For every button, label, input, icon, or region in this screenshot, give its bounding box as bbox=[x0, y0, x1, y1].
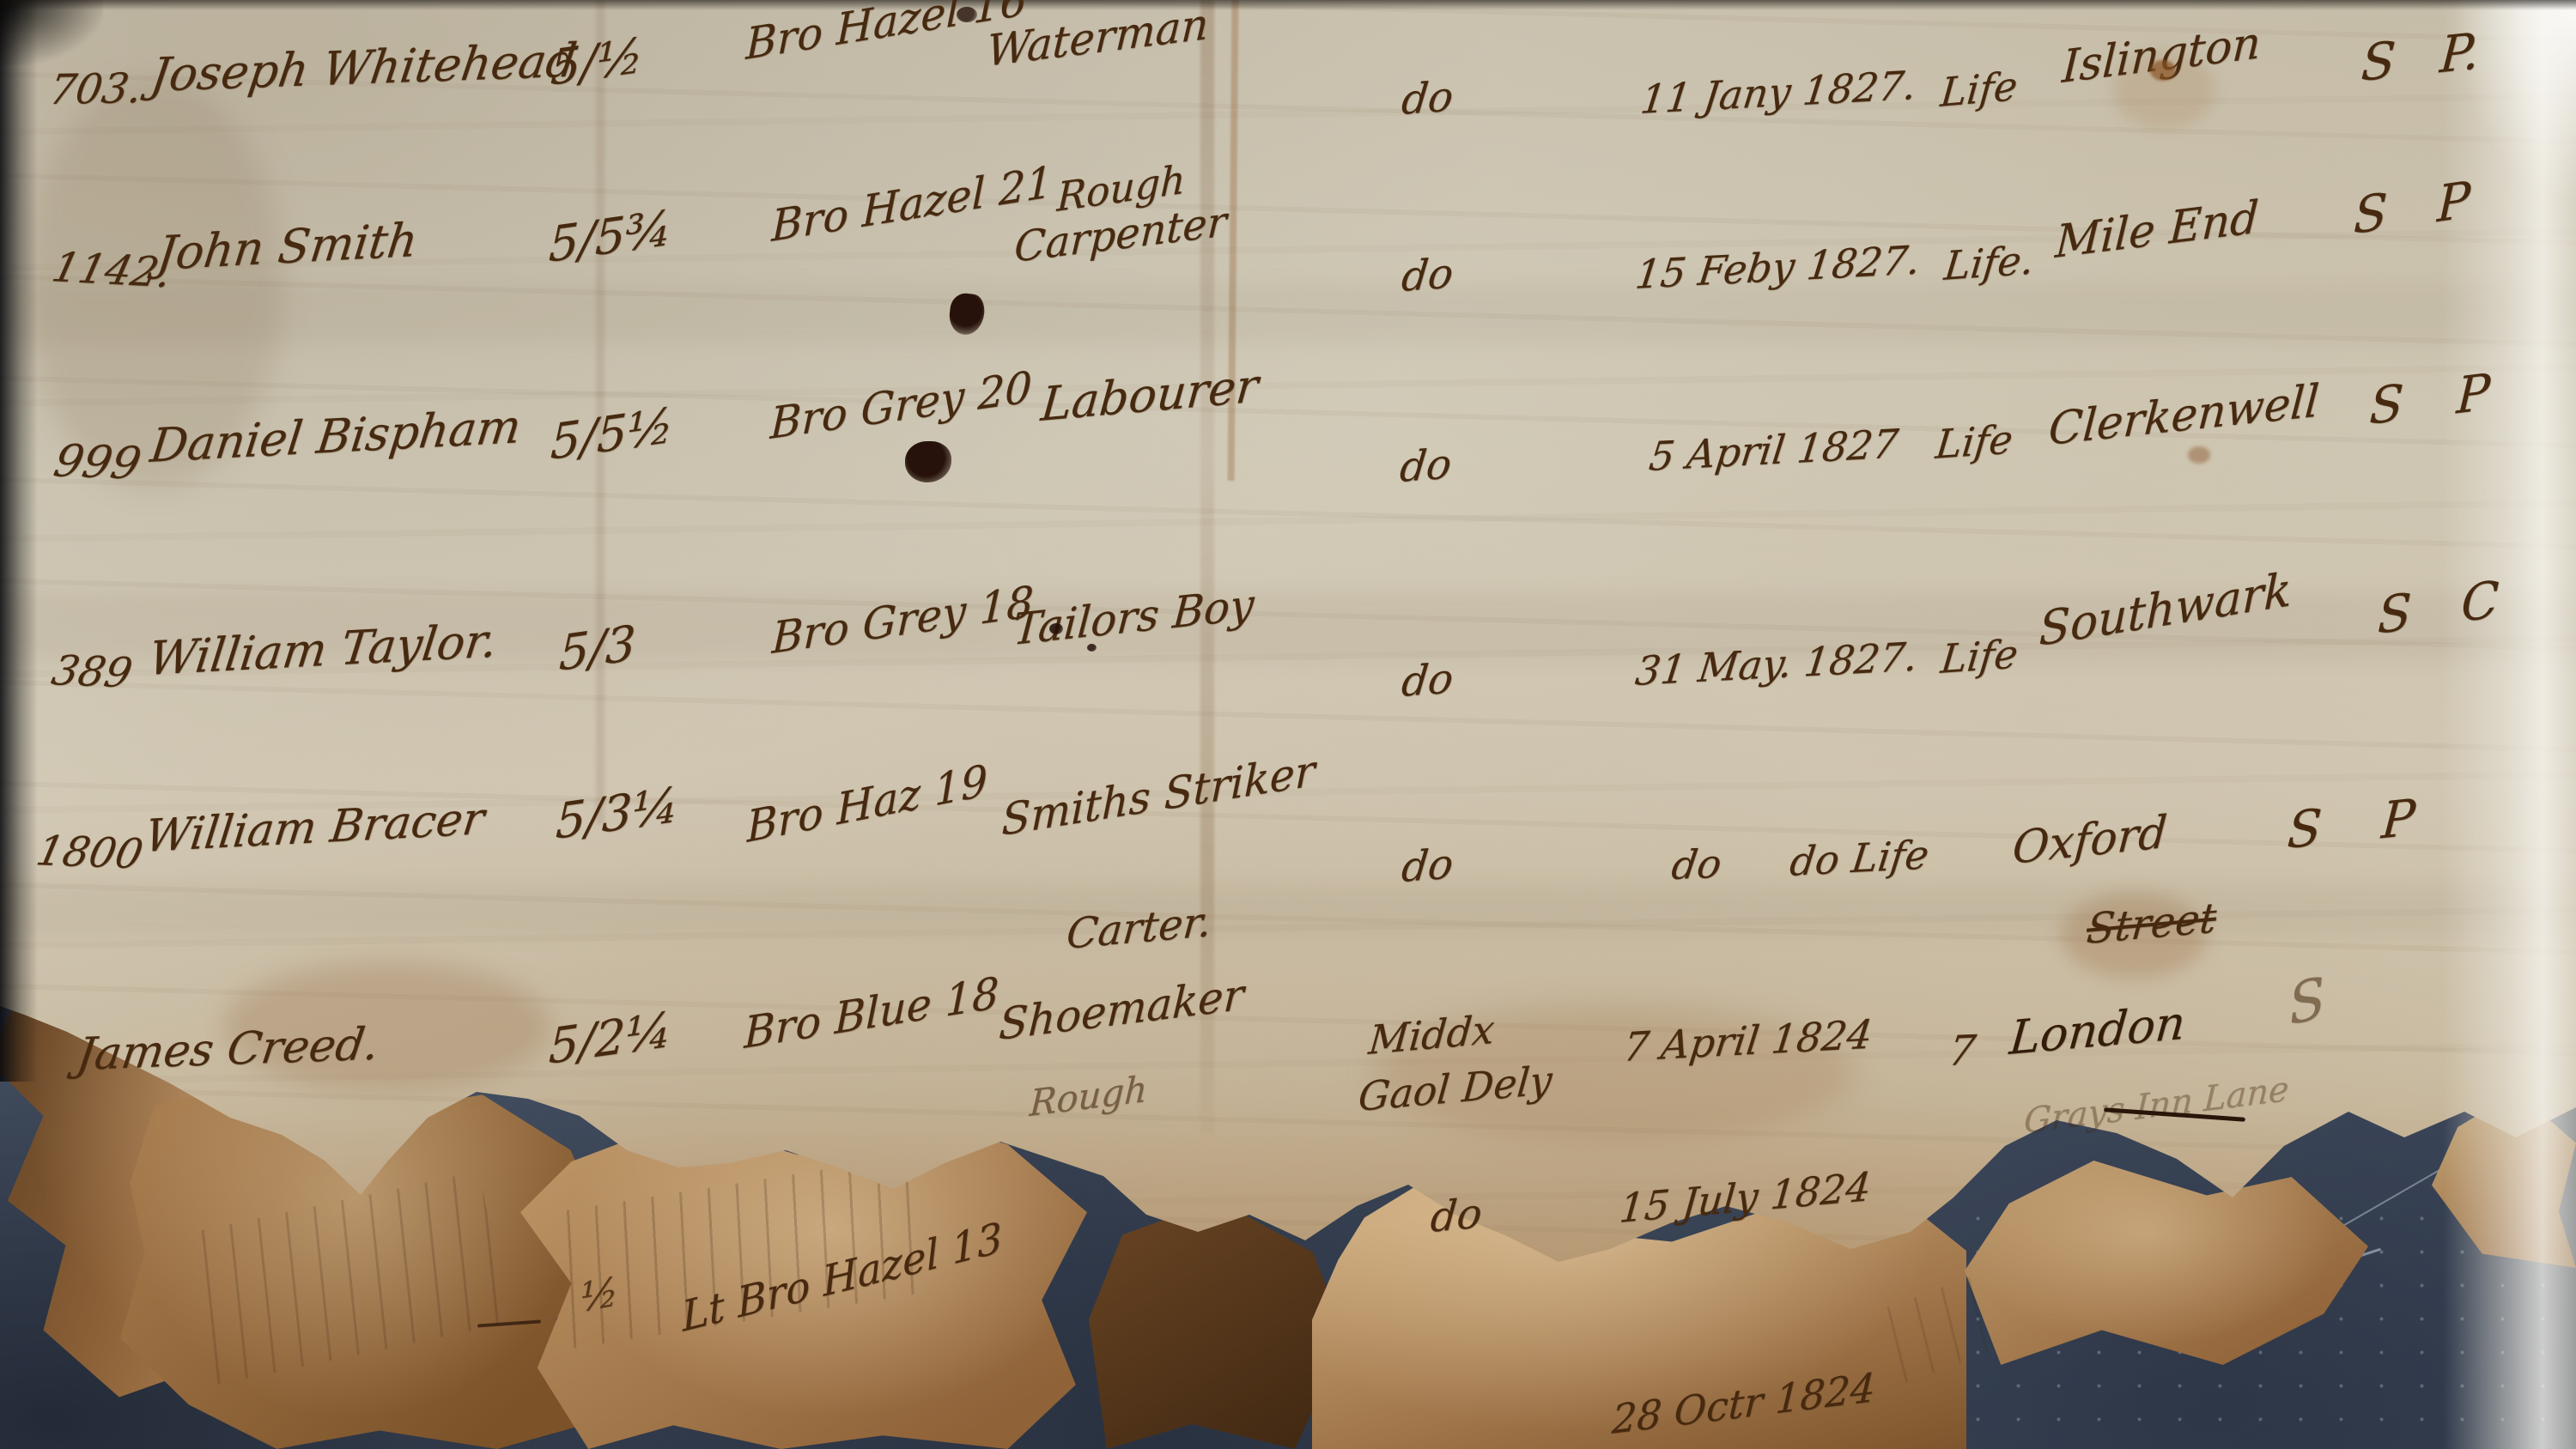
marks-entry-faint: S bbox=[2287, 969, 2327, 1037]
prisoner-number: 1800 bbox=[33, 829, 147, 876]
sentence-entry: Life bbox=[1939, 65, 2019, 114]
prisoner-number: 389 bbox=[48, 649, 136, 694]
prisoner-name: James Creed. bbox=[74, 1021, 382, 1078]
ink-speck bbox=[1049, 623, 1063, 634]
place-entry-struck: Street bbox=[2085, 896, 2218, 951]
tonal-band bbox=[0, 283, 2576, 343]
rust-spot bbox=[2188, 446, 2210, 464]
marks-entry: S P bbox=[2286, 791, 2417, 858]
sentence-entry: Life. bbox=[1942, 239, 2036, 287]
ink-speck bbox=[1087, 644, 1097, 652]
prisoner-number: 999 bbox=[50, 438, 145, 488]
marks-entry: S P. bbox=[2360, 25, 2481, 90]
height-entry: 5/½ bbox=[550, 31, 644, 95]
committed-entry: do bbox=[1400, 252, 1455, 299]
height-entry: 5/3 bbox=[558, 619, 636, 681]
binding-gutter-shadow bbox=[0, 0, 38, 1082]
committed-entry-line1: Middx bbox=[1367, 1009, 1496, 1062]
committed-entry: do bbox=[1400, 657, 1455, 704]
center-fold-crease bbox=[1200, 0, 1214, 1133]
date-entry: do bbox=[1669, 843, 1724, 887]
height-fragment: ½ bbox=[580, 1270, 618, 1319]
register-page-photo: 703. Joseph Whitehead 5/½ Bro Hazel 16 W… bbox=[0, 0, 2576, 1449]
committed-entry: do bbox=[1429, 1191, 1484, 1240]
rust-spot bbox=[2150, 60, 2176, 81]
sentence-entry: Life bbox=[1934, 418, 2014, 465]
committed-entry: do bbox=[1400, 75, 1455, 122]
committed-entry: do bbox=[1398, 442, 1454, 489]
marks-entry: S P bbox=[2368, 366, 2491, 433]
top-edge-shadow bbox=[0, 0, 2576, 10]
committed-entry: do bbox=[1400, 842, 1455, 889]
sentence-entry: Life bbox=[1939, 633, 2020, 680]
prisoner-number: 703. bbox=[46, 67, 145, 112]
ink-spot bbox=[957, 7, 977, 22]
sentence-entry: do Life bbox=[1788, 834, 1931, 882]
